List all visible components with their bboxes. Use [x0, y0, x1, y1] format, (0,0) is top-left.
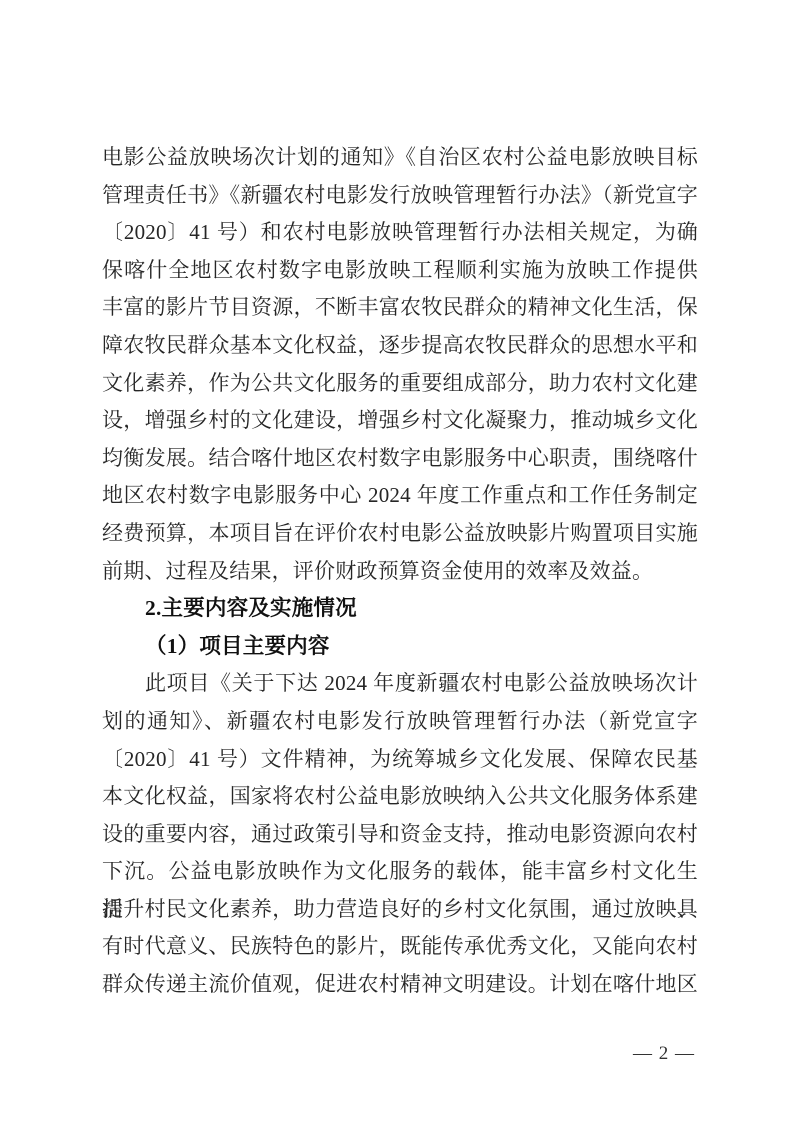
text-line: 下沉。公益电影放映作为文化服务的载体，能丰富乡村文化生活、 [102, 853, 698, 891]
text-line: 有时代意义、民族特色的影片，既能传承优秀文化，又能向农村 [102, 928, 698, 966]
page-footer: — 2 — [633, 1041, 695, 1067]
document-page: 电影公益放映场次计划的通知》《自治区农村公益电影放映目标管理责任书》《新疆农村电… [0, 0, 793, 1122]
text-line: 电影公益放映场次计划的通知》《自治区农村公益电影放映目标 [102, 139, 698, 177]
text-line: 提升村民文化素养，助力营造良好的乡村文化氛围，通过放映具 [102, 891, 698, 929]
page-number: — 2 — [633, 1043, 695, 1064]
text-line: 均衡发展。结合喀什地区农村数字电影服务中心职责，围绕喀什 [102, 440, 698, 478]
text-line: 〔2020〕41 号）文件精神，为统筹城乡文化发展、保障农民基 [102, 741, 698, 779]
section-heading: 2.主要内容及实施情况 [102, 590, 698, 628]
text-line: 前期、过程及结果，评价财政预算资金使用的效率及效益。 [102, 553, 698, 591]
text-line: 丰富的影片节目资源，不断丰富农牧民群众的精神文化生活，保 [102, 289, 698, 327]
text-line: 保喀什全地区农村数字电影放映工程顺利实施为放映工作提供 [102, 252, 698, 290]
text-line: 文化素养，作为公共文化服务的重要组成部分，助力农村文化建 [102, 365, 698, 403]
document-body: 电影公益放映场次计划的通知》《自治区农村公益电影放映目标管理责任书》《新疆农村电… [102, 139, 698, 1004]
text-line: 〔2020〕41 号）和农村电影放映管理暂行办法相关规定，为确 [102, 214, 698, 252]
text-line: 管理责任书》《新疆农村电影发行放映管理暂行办法》（新党宣字 [102, 177, 698, 215]
text-line: 障农牧民群众基本文化权益，逐步提高农牧民群众的思想水平和 [102, 327, 698, 365]
text-line: 地区农村数字电影服务中心 2024 年度工作重点和工作任务制定 [102, 477, 698, 515]
text-line: 本文化权益，国家将农村公益电影放映纳入公共文化服务体系建 [102, 778, 698, 816]
text-line: 经费预算，本项目旨在评价农村电影公益放映影片购置项目实施 [102, 515, 698, 553]
text-line: 设，增强乡村的文化建设，增强乡村文化凝聚力，推动城乡文化 [102, 402, 698, 440]
text-line: 群众传递主流价值观，促进农村精神文明建设。计划在喀什地区 [102, 966, 698, 1004]
text-line: 设的重要内容，通过政策引导和资金支持，推动电影资源向农村 [102, 816, 698, 854]
text-line: 划的通知》、新疆农村电影发行放映管理暂行办法（新党宣字 [102, 703, 698, 741]
text-line: 此项目《关于下达 2024 年度新疆农村电影公益放映场次计 [102, 665, 698, 703]
section-heading: （1）项目主要内容 [102, 628, 698, 666]
